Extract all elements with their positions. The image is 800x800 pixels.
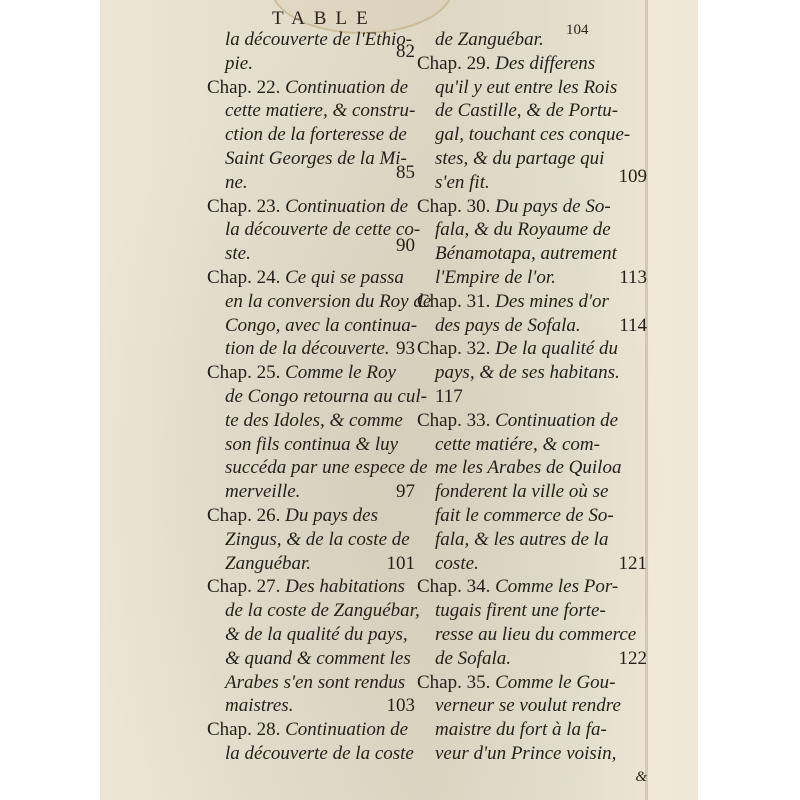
toc-line: son fils continua & luy: [207, 433, 415, 457]
toc-line: Zingus, & de la coste de: [207, 528, 415, 552]
toc-page-number: 101: [387, 552, 416, 576]
running-title: TABLE: [272, 8, 377, 30]
toc-entry-31: Chap. 31. Des mines d'or des pays de Sof…: [417, 290, 647, 338]
toc-line: cette matiére, & com-: [417, 433, 647, 457]
toc-line: ste.90: [207, 242, 415, 266]
toc-line: de Congo retourna au cul-: [207, 385, 415, 409]
catchword: &: [417, 766, 647, 790]
chapter-label: Chap. 34.: [417, 576, 490, 597]
toc-line: te des Idoles, & comme: [207, 409, 415, 433]
chapter-label: Chap. 26.: [207, 505, 280, 526]
toc-line: la découverte de la coste: [207, 742, 415, 766]
toc-line: la découverte de cette co-: [207, 218, 415, 242]
toc-page-number: 85: [396, 161, 415, 185]
toc-line: fala, & les autres de la: [417, 528, 647, 552]
toc-entry-33: Chap. 33. Continuation de cette matiére,…: [417, 409, 647, 576]
toc-line: veur d'un Prince voisin,: [417, 742, 647, 766]
toc-entry-27: Chap. 27. Des habitations de la coste de…: [207, 575, 415, 718]
toc-line: de Sofala.122: [417, 647, 647, 671]
toc-line: Chap. 35. Comme le Gou-: [417, 671, 647, 695]
toc-line: fala, & du Royaume de: [417, 218, 647, 242]
toc-line: de la coste de Zanguébar,: [207, 599, 415, 623]
toc-line: des pays de Sofala.114: [417, 314, 647, 338]
toc-line: Chap. 30. Du pays de So-: [417, 195, 647, 219]
toc-line: Chap. 25. Comme le Roy: [207, 361, 415, 385]
toc-line: tugais firent une forte-: [417, 599, 647, 623]
toc-entry-23: Chap. 23. Continuation de la découverte …: [207, 195, 415, 266]
toc-line: & quand & comment les: [207, 647, 415, 671]
toc-page-number: 97: [396, 480, 415, 504]
toc-line: qu'il y eut entre les Rois: [417, 76, 647, 100]
toc-line: & de la qualité du pays,: [207, 623, 415, 647]
toc-entry-29: Chap. 29. Des differens qu'il y eut entr…: [417, 52, 647, 195]
toc-line: l'Empire de l'or.113: [417, 266, 647, 290]
toc-page-number: 113: [619, 266, 647, 290]
toc-continuation: la découverte de l'Ethio- pie.82: [207, 28, 415, 76]
toc-page-number: 82: [396, 40, 415, 64]
chapter-label: Chap. 29.: [417, 53, 490, 74]
toc-line: tion de la découverte.93: [207, 337, 415, 361]
chapter-label: Chap. 32.: [417, 338, 490, 359]
toc-line: Chap. 34. Comme les Por-: [417, 575, 647, 599]
toc-line: merveille.97: [207, 480, 415, 504]
toc-line: ne.85: [207, 171, 415, 195]
chapter-label: Chap. 31.: [417, 291, 490, 312]
toc-line: Chap. 32. De la qualité du: [417, 337, 647, 361]
toc-line: Chap. 33. Continuation de: [417, 409, 647, 433]
toc-entry-25: Chap. 25. Comme le Roy de Congo retourna…: [207, 361, 415, 504]
chapter-label: Chap. 22.: [207, 77, 280, 98]
book-page: TABLE 104 la découverte de l'Ethio- pie.…: [100, 0, 698, 800]
toc-line: stes, & du partage qui: [417, 147, 647, 171]
toc-page-number: 121: [619, 552, 648, 576]
toc-line: coste.121: [417, 552, 647, 576]
toc-entry-34: Chap. 34. Comme les Por- tugais firent u…: [417, 575, 647, 670]
toc-page-number: 93: [396, 337, 415, 361]
toc-line: pie.82: [207, 52, 415, 76]
chapter-label: Chap. 23.: [207, 196, 280, 217]
toc-line: Chap. 29. Des differens: [417, 52, 647, 76]
toc-line: ction de la forteresse de: [207, 123, 415, 147]
toc-line: Chap. 31. Des mines d'or: [417, 290, 647, 314]
chapter-label: Chap. 30.: [417, 196, 490, 217]
toc-line: de Castille, & de Portu-: [417, 99, 647, 123]
toc-entry-30: Chap. 30. Du pays de So- fala, & du Roya…: [417, 195, 647, 290]
toc-line: Bénamotapa, autrement: [417, 242, 647, 266]
toc-line: cette matiere, & constru-: [207, 99, 415, 123]
toc-line: verneur se voulut rendre: [417, 694, 647, 718]
toc-line: 117: [417, 385, 647, 409]
toc-entry-22: Chap. 22. Continuation de cette matiere,…: [207, 76, 415, 195]
toc-entry-26: Chap. 26. Du pays des Zingus, & de la co…: [207, 504, 415, 575]
chapter-label: Chap. 28.: [207, 719, 280, 740]
toc-line: Zanguébar.101: [207, 552, 415, 576]
toc-line: de Zanguébar.: [417, 28, 647, 52]
toc-line: Chap. 26. Du pays des: [207, 504, 415, 528]
toc-line: Chap. 28. Continuation de: [207, 718, 415, 742]
toc-line: succéda par une espece de: [207, 456, 415, 480]
chapter-label: Chap. 24.: [207, 267, 280, 288]
toc-line: Saint Georges de la Mi-: [207, 147, 415, 171]
chapter-label: Chap. 35.: [417, 672, 490, 693]
toc-line: Chap. 22. Continuation de: [207, 76, 415, 100]
toc-line: Chap. 23. Continuation de: [207, 195, 415, 219]
toc-line: maistre du fort à la fa-: [417, 718, 647, 742]
toc-line: Arabes s'en sont rendus: [207, 671, 415, 695]
toc-line: pays, & de ses habitans.: [417, 361, 647, 385]
toc-line: Congo, avec la continua-: [207, 314, 415, 338]
toc-page-number: 114: [619, 314, 647, 338]
toc-entry-24: Chap. 24. Ce qui se passa en la conversi…: [207, 266, 415, 361]
toc-line: fonderent la ville où se: [417, 480, 647, 504]
toc-page-number: 103: [387, 694, 416, 718]
toc-line: maistres.103: [207, 694, 415, 718]
toc-line: fait le commerce de So-: [417, 504, 647, 528]
toc-left-column: la découverte de l'Ethio- pie.82 Chap. 2…: [207, 28, 415, 766]
toc-line: Chap. 27. Des habitations: [207, 575, 415, 599]
toc-page-number: 109: [619, 165, 648, 189]
toc-line: resse au lieu du commerce: [417, 623, 647, 647]
toc-page-number: 90: [396, 234, 415, 258]
toc-right-column: de Zanguébar. Chap. 29. Des differens qu…: [417, 28, 647, 790]
toc-line: en la conversion du Roy de: [207, 290, 415, 314]
toc-line: gal, touchant ces conque-: [417, 123, 647, 147]
toc-entry-32: Chap. 32. De la qualité du pays, & de se…: [417, 337, 647, 408]
toc-entry-35: Chap. 35. Comme le Gou- verneur se voulu…: [417, 671, 647, 790]
chapter-label: Chap. 33.: [417, 410, 490, 431]
toc-continuation: de Zanguébar.: [417, 28, 647, 52]
toc-line: Chap. 24. Ce qui se passa: [207, 266, 415, 290]
page-header: TABLE 104: [100, 4, 698, 28]
chapter-label: Chap. 27.: [207, 576, 280, 597]
toc-line: me les Arabes de Quiloa: [417, 456, 647, 480]
toc-line: s'en fit.109: [417, 171, 647, 195]
toc-page-number: 122: [619, 647, 648, 671]
toc-page-number: 117: [435, 386, 463, 407]
chapter-label: Chap. 25.: [207, 362, 280, 383]
toc-entry-28: Chap. 28. Continuation de la découverte …: [207, 718, 415, 766]
toc-line: la découverte de l'Ethio-: [207, 28, 415, 52]
